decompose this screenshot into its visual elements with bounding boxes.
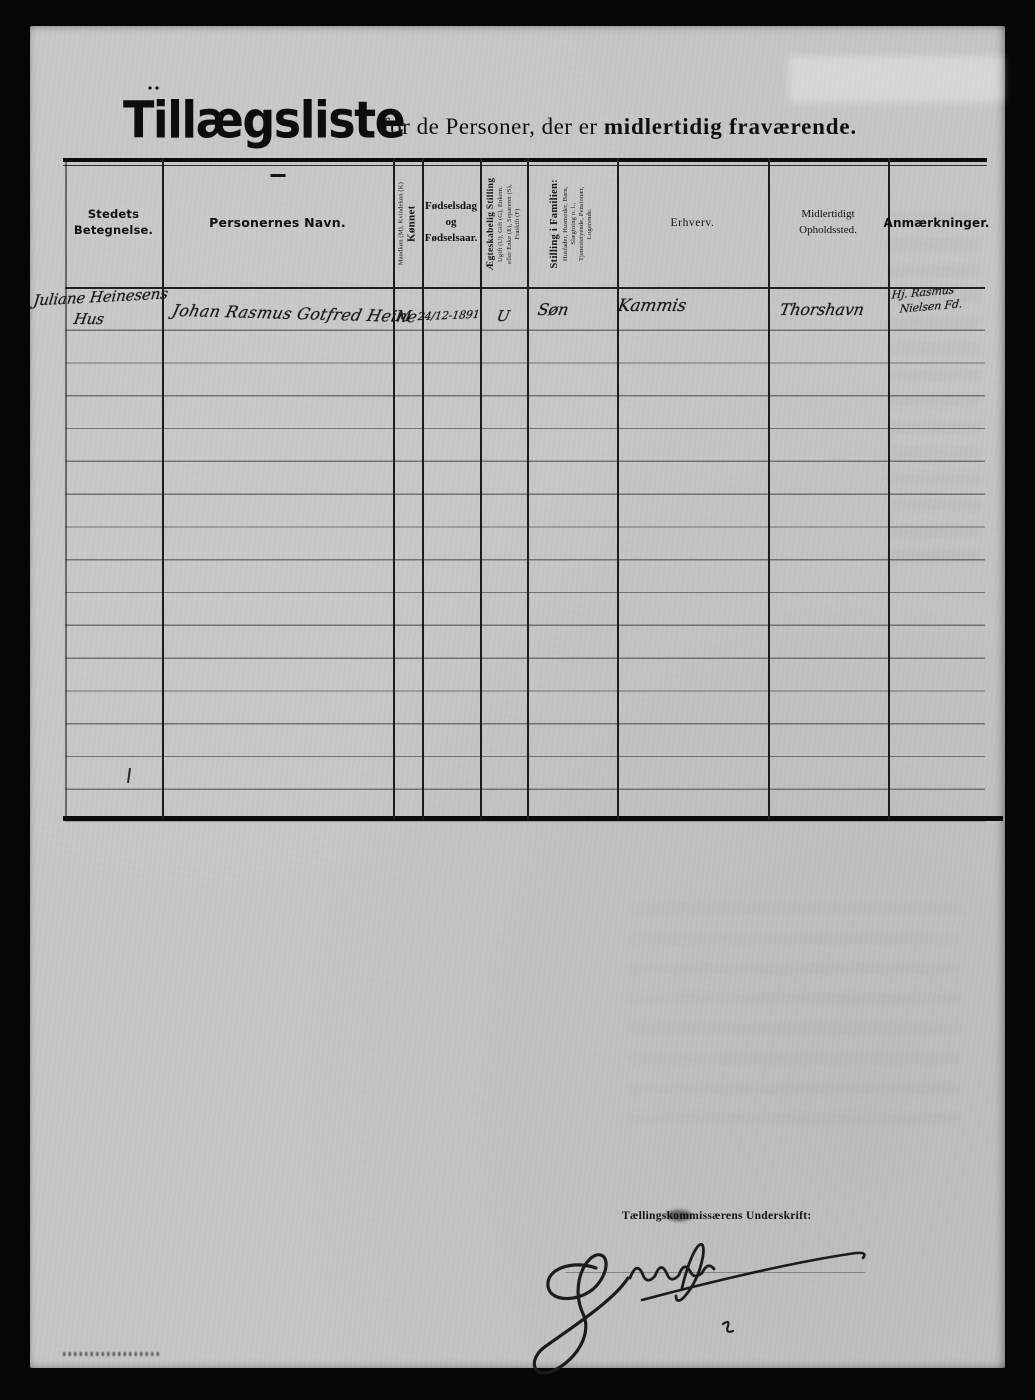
header-main: Stilling i Familien: bbox=[549, 163, 562, 285]
header-main: Kønnet bbox=[405, 163, 418, 285]
header-line: Anmærkninger. bbox=[883, 215, 989, 231]
col-header-anmaerkninger: Anmærkninger. bbox=[888, 158, 985, 288]
vertical-header-text: Stilling i Familien: Husfader, Husmoder,… bbox=[549, 163, 595, 285]
printers-imprint bbox=[63, 1352, 159, 1356]
form-subtitle-bold: midlertidig fraværende. bbox=[604, 114, 857, 139]
form-subtitle-regular: for de Personer, der er bbox=[382, 114, 598, 139]
table-bottom-rule bbox=[63, 816, 1003, 821]
header-sub: Tjenestetyende, Pensionær, bbox=[578, 163, 586, 285]
signature-flourish bbox=[530, 1206, 890, 1381]
header-line: Erhverv. bbox=[671, 215, 715, 232]
header-line: Midlertidigt bbox=[801, 207, 854, 223]
header-line: Fødselsdag bbox=[425, 199, 477, 215]
dash-mark bbox=[270, 174, 285, 177]
vertical-header-text: Mandkøn (M), Kvindekøn (K) Kønnet bbox=[397, 163, 418, 285]
entry-place-line2: Hus bbox=[72, 310, 105, 328]
header-sub: Husfader, Husmoder, Barn, bbox=[562, 163, 570, 285]
header-sub: Fraskilt (F) bbox=[513, 163, 521, 285]
entry-sex: M bbox=[394, 307, 412, 325]
col-header-foedselsdag: Fødselsdag og Fødselsaar. bbox=[422, 158, 480, 288]
header-sub: Slægtning o. l., bbox=[570, 163, 578, 285]
col-header-erhverv: Erhverv. bbox=[617, 158, 768, 288]
header-main: Ægteskabelig Stilling bbox=[485, 163, 496, 285]
header-sub: eller Enke (E), Separeret (S), bbox=[505, 163, 513, 285]
header-sub: Ugift (U), Gift (G), Enkem. bbox=[497, 163, 505, 285]
form-subtitle: for de Personer, der er midlertidig frav… bbox=[382, 114, 857, 140]
vertical-header-text: Ægteskabelig Stilling Ugift (U), Gift (G… bbox=[485, 163, 521, 285]
header-line: og bbox=[446, 215, 457, 231]
col-header-stilling-i-familien: Stilling i Familien: Husfader, Husmoder,… bbox=[527, 162, 617, 286]
entry-occupation: Kammis bbox=[616, 296, 688, 316]
header-sub: Logerende. bbox=[587, 163, 595, 285]
header-line: Fødselsaar. bbox=[425, 231, 477, 247]
bleedthrough-patch bbox=[788, 56, 1003, 102]
header-sub: Mandkøn (M), Kvindekøn (K) bbox=[397, 163, 405, 285]
entry-birthdate: 24/12-1891 bbox=[417, 308, 481, 323]
col-header-stedets-betegnelse: Stedets Betegnelse. bbox=[65, 158, 162, 288]
entry-family-position: Søn bbox=[536, 300, 570, 319]
header-line: Betegnelse. bbox=[74, 223, 153, 239]
entry-temporary-residence: Thorshavn bbox=[778, 300, 865, 319]
col-header-koennet: Mandkøn (M), Kvindekøn (K) Kønnet bbox=[393, 162, 422, 286]
col-header-midlertidigt-opholdssted: Midlertidigt Opholdssted. bbox=[768, 158, 888, 288]
col-header-aegteskabelig-stilling: Ægteskabelig Stilling Ugift (U), Gift (G… bbox=[480, 162, 527, 286]
form-title: Tillægsliste bbox=[123, 90, 404, 149]
col-header-personernes-navn: Personernes Navn. bbox=[162, 158, 393, 288]
census-form-page: Tillægsliste for de Personer, der er mid… bbox=[30, 26, 1005, 1368]
header-line: Opholdssted. bbox=[799, 223, 857, 239]
header-line: Personernes Navn. bbox=[209, 215, 346, 232]
bleedthrough-streaks bbox=[630, 906, 960, 1126]
table-row-lines bbox=[65, 298, 985, 822]
header-line: Stedets bbox=[88, 207, 139, 223]
